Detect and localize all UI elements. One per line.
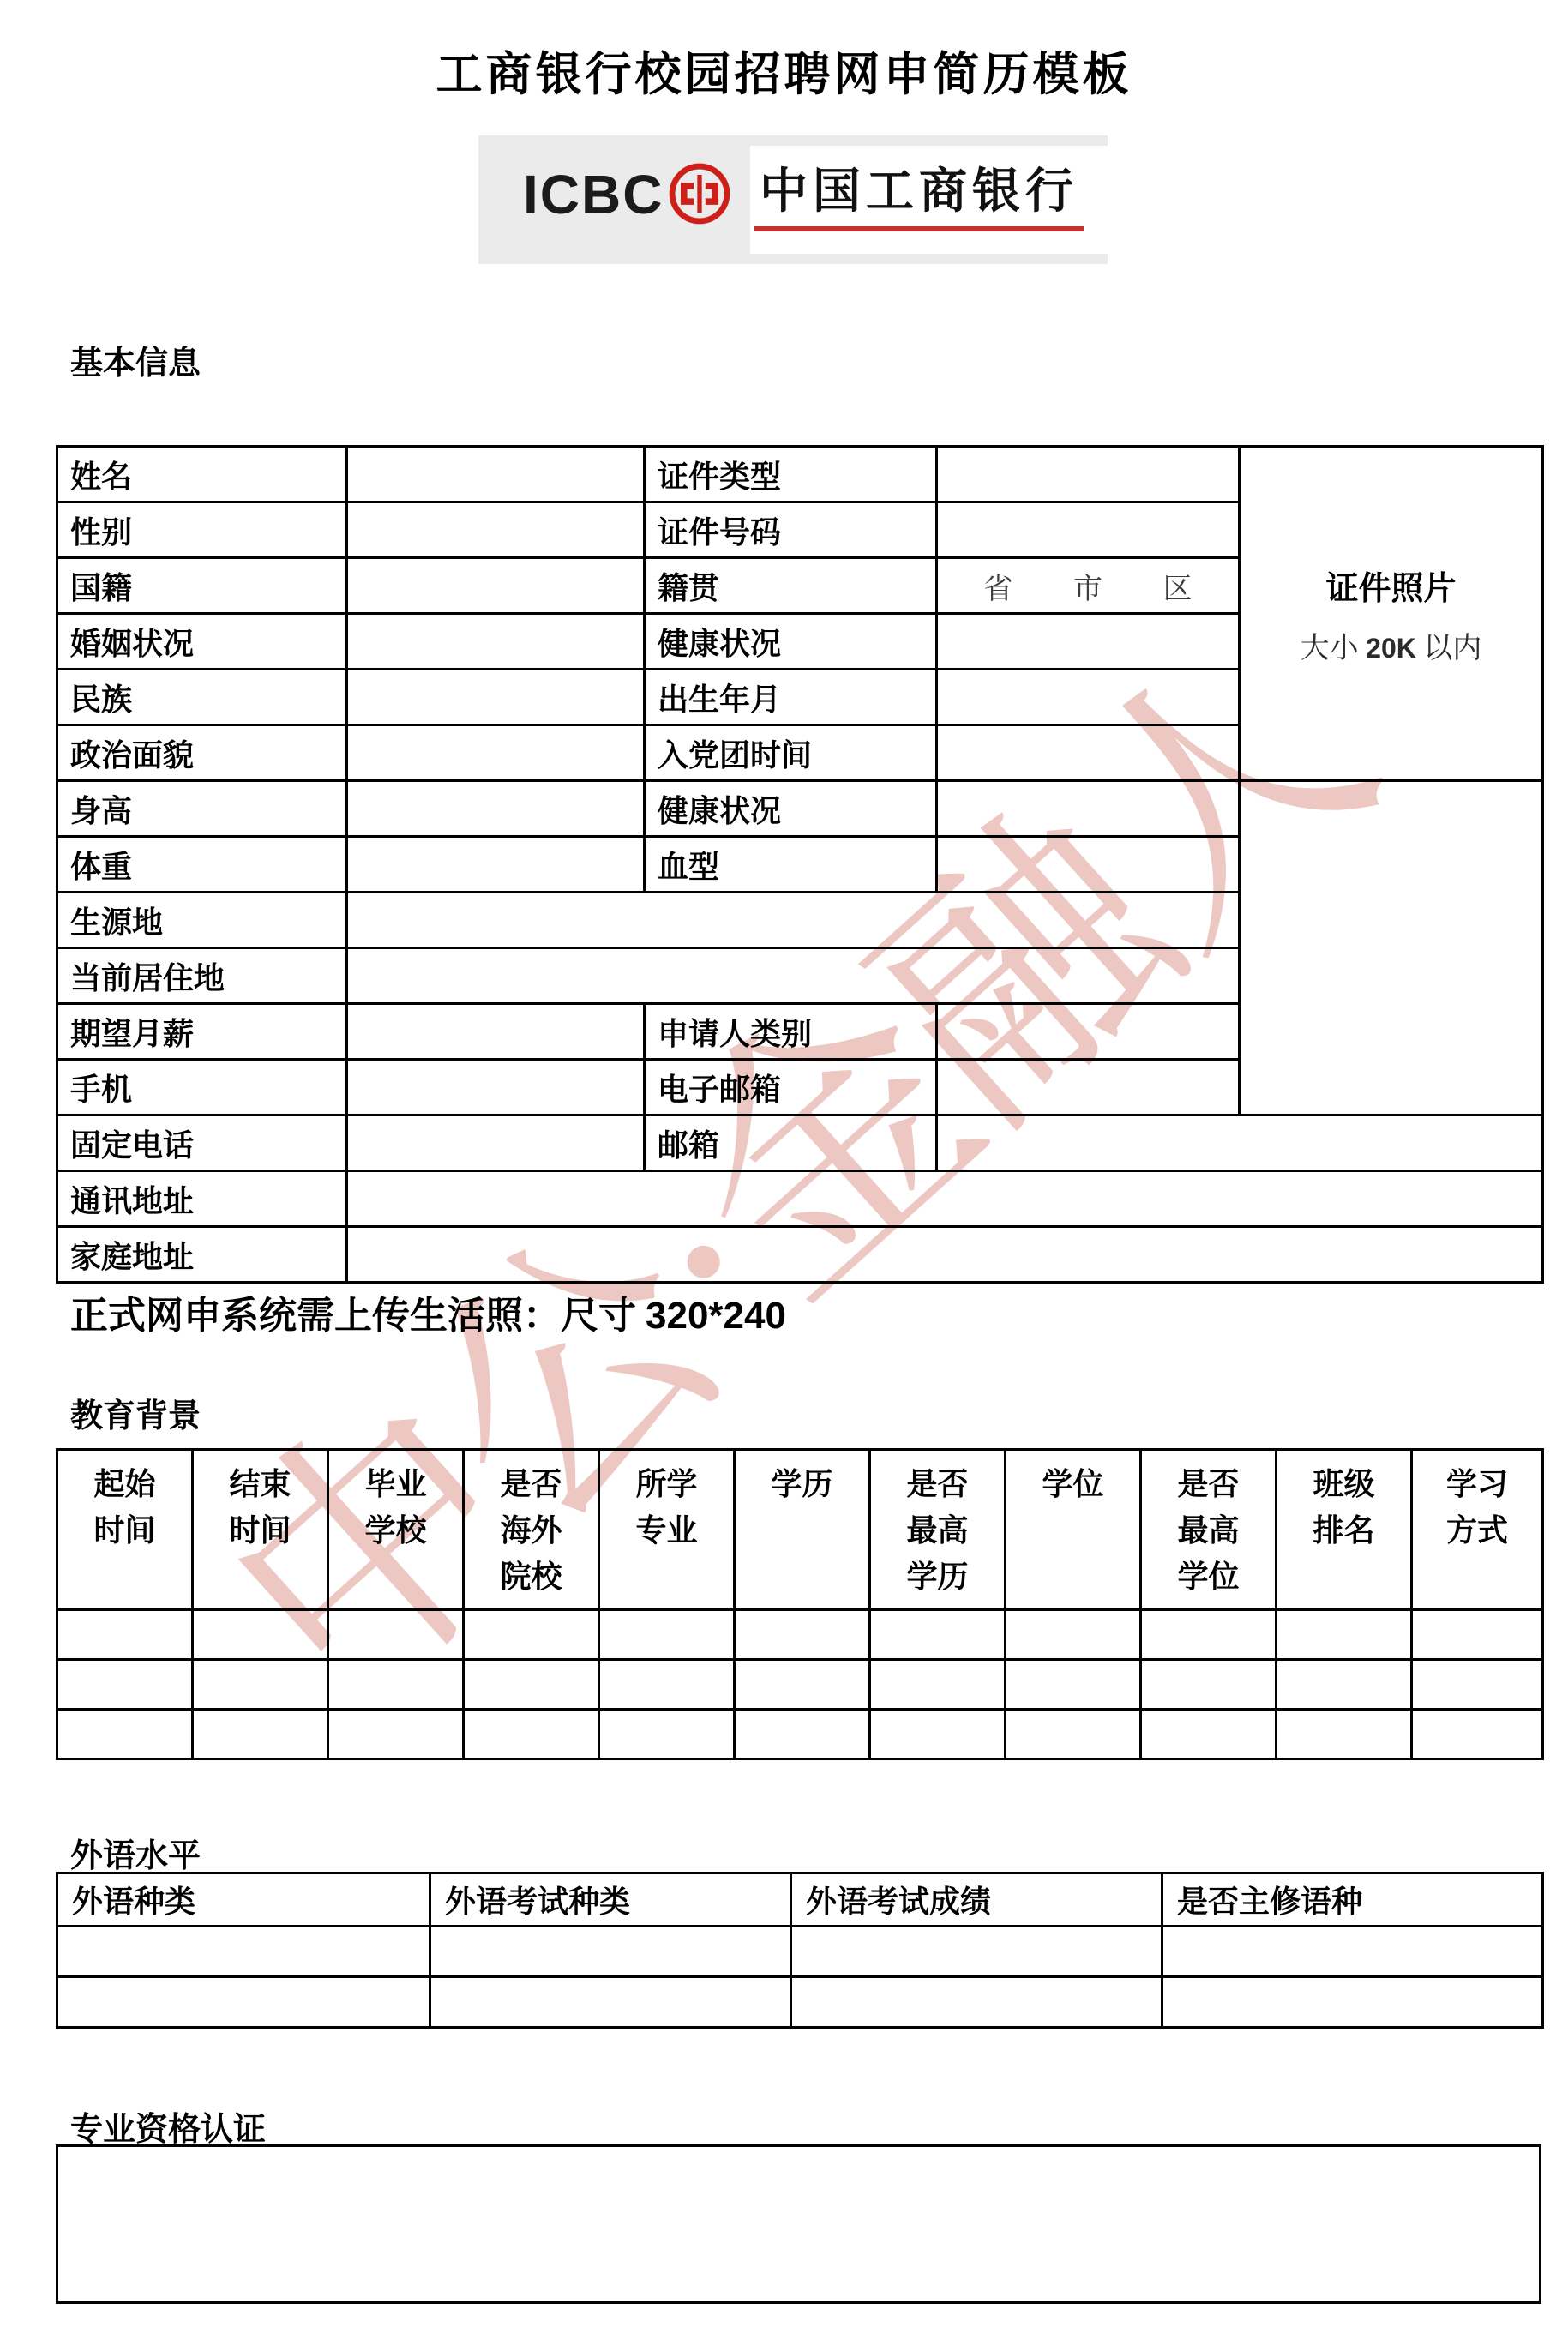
field-label-name: 姓名 xyxy=(57,447,347,502)
input-cell-health-status-2[interactable] xyxy=(937,781,1240,837)
education-empty-row xyxy=(57,1710,1543,1759)
field-label-height: 身高 xyxy=(57,781,347,837)
input-cell-ethnicity[interactable] xyxy=(347,670,645,725)
field-label-weight: 体重 xyxy=(57,837,347,893)
education-empty-row xyxy=(57,1660,1543,1710)
input-cell-birth-date[interactable] xyxy=(937,670,1240,725)
qualification-input-box[interactable] xyxy=(56,2144,1541,2304)
input-cell-expected-salary[interactable] xyxy=(347,1004,645,1060)
edu-col-degree-level: 学历 xyxy=(735,1450,870,1610)
section-heading-education: 教育背景 xyxy=(70,1389,201,1436)
edu-data-cell[interactable] xyxy=(1412,1710,1543,1759)
id-photo-placeholder[interactable]: 证件照片 大小 20K 以内 xyxy=(1240,447,1543,781)
field-label-id-type: 证件类型 xyxy=(645,447,937,502)
input-cell-nationality[interactable] xyxy=(347,558,645,614)
input-cell-id-number[interactable] xyxy=(937,502,1240,558)
edu-data-cell[interactable] xyxy=(464,1710,599,1759)
field-label-home-address: 家庭地址 xyxy=(57,1227,347,1283)
lang-data-cell[interactable] xyxy=(430,1927,791,1977)
province-label: 省 xyxy=(983,565,1012,607)
input-cell-marital-status[interactable] xyxy=(347,614,645,670)
field-label-applicant-type: 申请人类别 xyxy=(645,1004,937,1060)
lang-col-exam-type: 外语考试种类 xyxy=(430,1873,791,1927)
edu-data-cell[interactable] xyxy=(1006,1660,1141,1710)
edu-data-cell[interactable] xyxy=(1006,1710,1141,1759)
input-cell-political-status[interactable] xyxy=(347,725,645,781)
edu-col-highest-education: 是否 最高 学历 xyxy=(870,1450,1006,1610)
edu-data-cell[interactable] xyxy=(193,1710,328,1759)
edu-col-study-mode: 学习 方式 xyxy=(1412,1450,1543,1610)
input-cell-weight[interactable] xyxy=(347,837,645,893)
photo-column-empty-cell xyxy=(1240,781,1543,1115)
icbc-logo: ICBC 中国工商银行 xyxy=(478,135,1108,264)
edu-data-cell[interactable] xyxy=(464,1660,599,1710)
input-cell-mailing-address[interactable] xyxy=(347,1171,1543,1227)
edu-data-cell[interactable] xyxy=(1412,1660,1543,1710)
photo-size-value: 320*240 xyxy=(646,1295,786,1337)
edu-data-cell[interactable] xyxy=(1141,1660,1277,1710)
edu-data-cell[interactable] xyxy=(193,1660,328,1710)
edu-col-highest-degree: 是否 最高 学位 xyxy=(1141,1450,1277,1610)
input-cell-height[interactable] xyxy=(347,781,645,837)
edu-data-cell[interactable] xyxy=(1277,1660,1412,1710)
field-label-id-number: 证件号码 xyxy=(645,502,937,558)
input-cell-name[interactable] xyxy=(347,447,645,502)
edu-data-cell[interactable] xyxy=(57,1660,193,1710)
edu-data-cell[interactable] xyxy=(599,1660,735,1710)
table-row: 姓名 证件类型 证件照片 大小 20K 以内 xyxy=(57,447,1543,502)
section-heading-basic-info: 基本信息 xyxy=(70,336,201,383)
input-cell-email[interactable] xyxy=(937,1060,1240,1115)
photo-size-note: 大小 20K 以内 xyxy=(1241,624,1541,666)
input-cell-party-join-date[interactable] xyxy=(937,725,1240,781)
section-heading-qualification: 专业资格认证 xyxy=(70,2102,266,2150)
table-row: 身高 健康状况 xyxy=(57,781,1543,837)
education-table: 起始 时间 结束 时间 毕业 学校 是否 海外 院校 所学 专业 学历 是否 最… xyxy=(56,1448,1544,1760)
lang-col-is-major-language: 是否主修语种 xyxy=(1162,1873,1543,1927)
edu-data-cell[interactable] xyxy=(1141,1610,1277,1660)
education-empty-row xyxy=(57,1610,1543,1660)
input-cell-health-status[interactable] xyxy=(937,614,1240,670)
edu-col-degree: 学位 xyxy=(1006,1450,1141,1610)
input-cell-blood-type[interactable] xyxy=(937,837,1240,893)
field-label-email: 电子邮箱 xyxy=(645,1060,937,1115)
input-cell-mobile[interactable] xyxy=(347,1060,645,1115)
field-label-health-status: 健康状况 xyxy=(645,614,937,670)
edu-data-cell[interactable] xyxy=(57,1710,193,1759)
edu-data-cell[interactable] xyxy=(870,1660,1006,1710)
field-label-blood-type: 血型 xyxy=(645,837,937,893)
edu-col-end-time: 结束 时间 xyxy=(193,1450,328,1610)
field-label-party-join-date: 入党团时间 xyxy=(645,725,937,781)
language-header-row: 外语种类 外语考试种类 外语考试成绩 是否主修语种 xyxy=(57,1873,1543,1927)
lang-col-exam-score: 外语考试成绩 xyxy=(791,1873,1162,1927)
field-label-health-status-2: 健康状况 xyxy=(645,781,937,837)
edu-data-cell[interactable] xyxy=(599,1710,735,1759)
field-label-gender: 性别 xyxy=(57,502,347,558)
edu-data-cell[interactable] xyxy=(1412,1610,1543,1660)
lang-data-cell[interactable] xyxy=(791,1977,1162,2028)
field-label-nationality: 国籍 xyxy=(57,558,347,614)
edu-col-start-time: 起始 时间 xyxy=(57,1450,193,1610)
table-row: 家庭地址 xyxy=(57,1227,1543,1283)
edu-data-cell[interactable] xyxy=(599,1610,735,1660)
edu-col-class-rank: 班级 排名 xyxy=(1277,1450,1412,1610)
field-label-political-status: 政治面貌 xyxy=(57,725,347,781)
edu-data-cell[interactable] xyxy=(328,1710,464,1759)
field-label-expected-salary: 期望月薪 xyxy=(57,1004,347,1060)
edu-data-cell[interactable] xyxy=(57,1610,193,1660)
table-row: 通讯地址 xyxy=(57,1171,1543,1227)
section-heading-language: 外语水平 xyxy=(70,1829,201,1876)
input-cell-native-place[interactable]: 省 市 区 xyxy=(937,558,1240,614)
edu-data-cell[interactable] xyxy=(735,1660,870,1710)
edu-col-major: 所学 专业 xyxy=(599,1450,735,1610)
input-cell-home-address[interactable] xyxy=(347,1227,1543,1283)
edu-data-cell[interactable] xyxy=(870,1610,1006,1660)
resume-template-page: 中公·金融人 工商银行校园招聘网申简历模板 ICBC 中国工商银行 基本信息 姓… xyxy=(0,0,1568,2333)
input-cell-origin-place[interactable] xyxy=(347,893,1240,948)
field-label-birth-date: 出生年月 xyxy=(645,670,937,725)
page-title: 工商银行校园招聘网申简历模板 xyxy=(0,38,1568,104)
edu-data-cell[interactable] xyxy=(328,1660,464,1710)
lang-col-language-type: 外语种类 xyxy=(57,1873,430,1927)
edu-data-cell[interactable] xyxy=(328,1610,464,1660)
input-cell-gender[interactable] xyxy=(347,502,645,558)
input-cell-mailbox[interactable] xyxy=(937,1115,1543,1171)
lang-data-cell[interactable] xyxy=(430,1977,791,2028)
edu-data-cell[interactable] xyxy=(735,1610,870,1660)
language-empty-row xyxy=(57,1977,1543,2028)
field-label-origin-place: 生源地 xyxy=(57,893,347,948)
edu-data-cell[interactable] xyxy=(870,1710,1006,1759)
field-label-native-place: 籍贯 xyxy=(645,558,937,614)
input-cell-landline[interactable] xyxy=(347,1115,645,1171)
field-label-current-residence: 当前居住地 xyxy=(57,948,347,1004)
language-empty-row xyxy=(57,1927,1543,1977)
input-cell-id-type[interactable] xyxy=(937,447,1240,502)
edu-data-cell[interactable] xyxy=(1006,1610,1141,1660)
edu-data-cell[interactable] xyxy=(193,1610,328,1660)
lang-data-cell[interactable] xyxy=(57,1977,430,2028)
basic-info-table: 姓名 证件类型 证件照片 大小 20K 以内 性别 证件号码 国籍 籍贯 xyxy=(56,445,1544,1284)
field-label-marital-status: 婚姻状况 xyxy=(57,614,347,670)
language-table: 外语种类 外语考试种类 外语考试成绩 是否主修语种 xyxy=(56,1872,1544,2029)
city-label: 市 xyxy=(1073,565,1102,607)
input-cell-applicant-type[interactable] xyxy=(937,1004,1240,1060)
field-label-mailbox: 邮箱 xyxy=(645,1115,937,1171)
lang-data-cell[interactable] xyxy=(1162,1927,1543,1977)
bank-name: 中国工商银行 xyxy=(754,165,1084,231)
field-label-mailing-address: 通讯地址 xyxy=(57,1171,347,1227)
photo-title: 证件照片 xyxy=(1241,562,1541,609)
icbc-emblem-icon xyxy=(667,161,732,226)
icbc-wordmark: ICBC xyxy=(523,163,664,226)
photo-upload-note: 正式网申系统需上传生活照：尺寸 320*240 xyxy=(70,1284,786,1339)
field-label-mobile: 手机 xyxy=(57,1060,347,1115)
edu-col-overseas: 是否 海外 院校 xyxy=(464,1450,599,1610)
district-label: 区 xyxy=(1163,565,1193,607)
education-header-row: 起始 时间 结束 时间 毕业 学校 是否 海外 院校 所学 专业 学历 是否 最… xyxy=(57,1450,1543,1610)
input-cell-current-residence[interactable] xyxy=(347,948,1240,1004)
edu-data-cell[interactable] xyxy=(1277,1710,1412,1759)
edu-data-cell[interactable] xyxy=(1277,1610,1412,1660)
lang-data-cell[interactable] xyxy=(1162,1977,1543,2028)
edu-col-school: 毕业 学校 xyxy=(328,1450,464,1610)
edu-data-cell[interactable] xyxy=(1141,1710,1277,1759)
table-row: 固定电话 邮箱 xyxy=(57,1115,1543,1171)
lang-data-cell[interactable] xyxy=(791,1927,1162,1977)
edu-data-cell[interactable] xyxy=(464,1610,599,1660)
lang-data-cell[interactable] xyxy=(57,1927,430,1977)
edu-data-cell[interactable] xyxy=(735,1710,870,1759)
field-label-landline: 固定电话 xyxy=(57,1115,347,1171)
field-label-ethnicity: 民族 xyxy=(57,670,347,725)
